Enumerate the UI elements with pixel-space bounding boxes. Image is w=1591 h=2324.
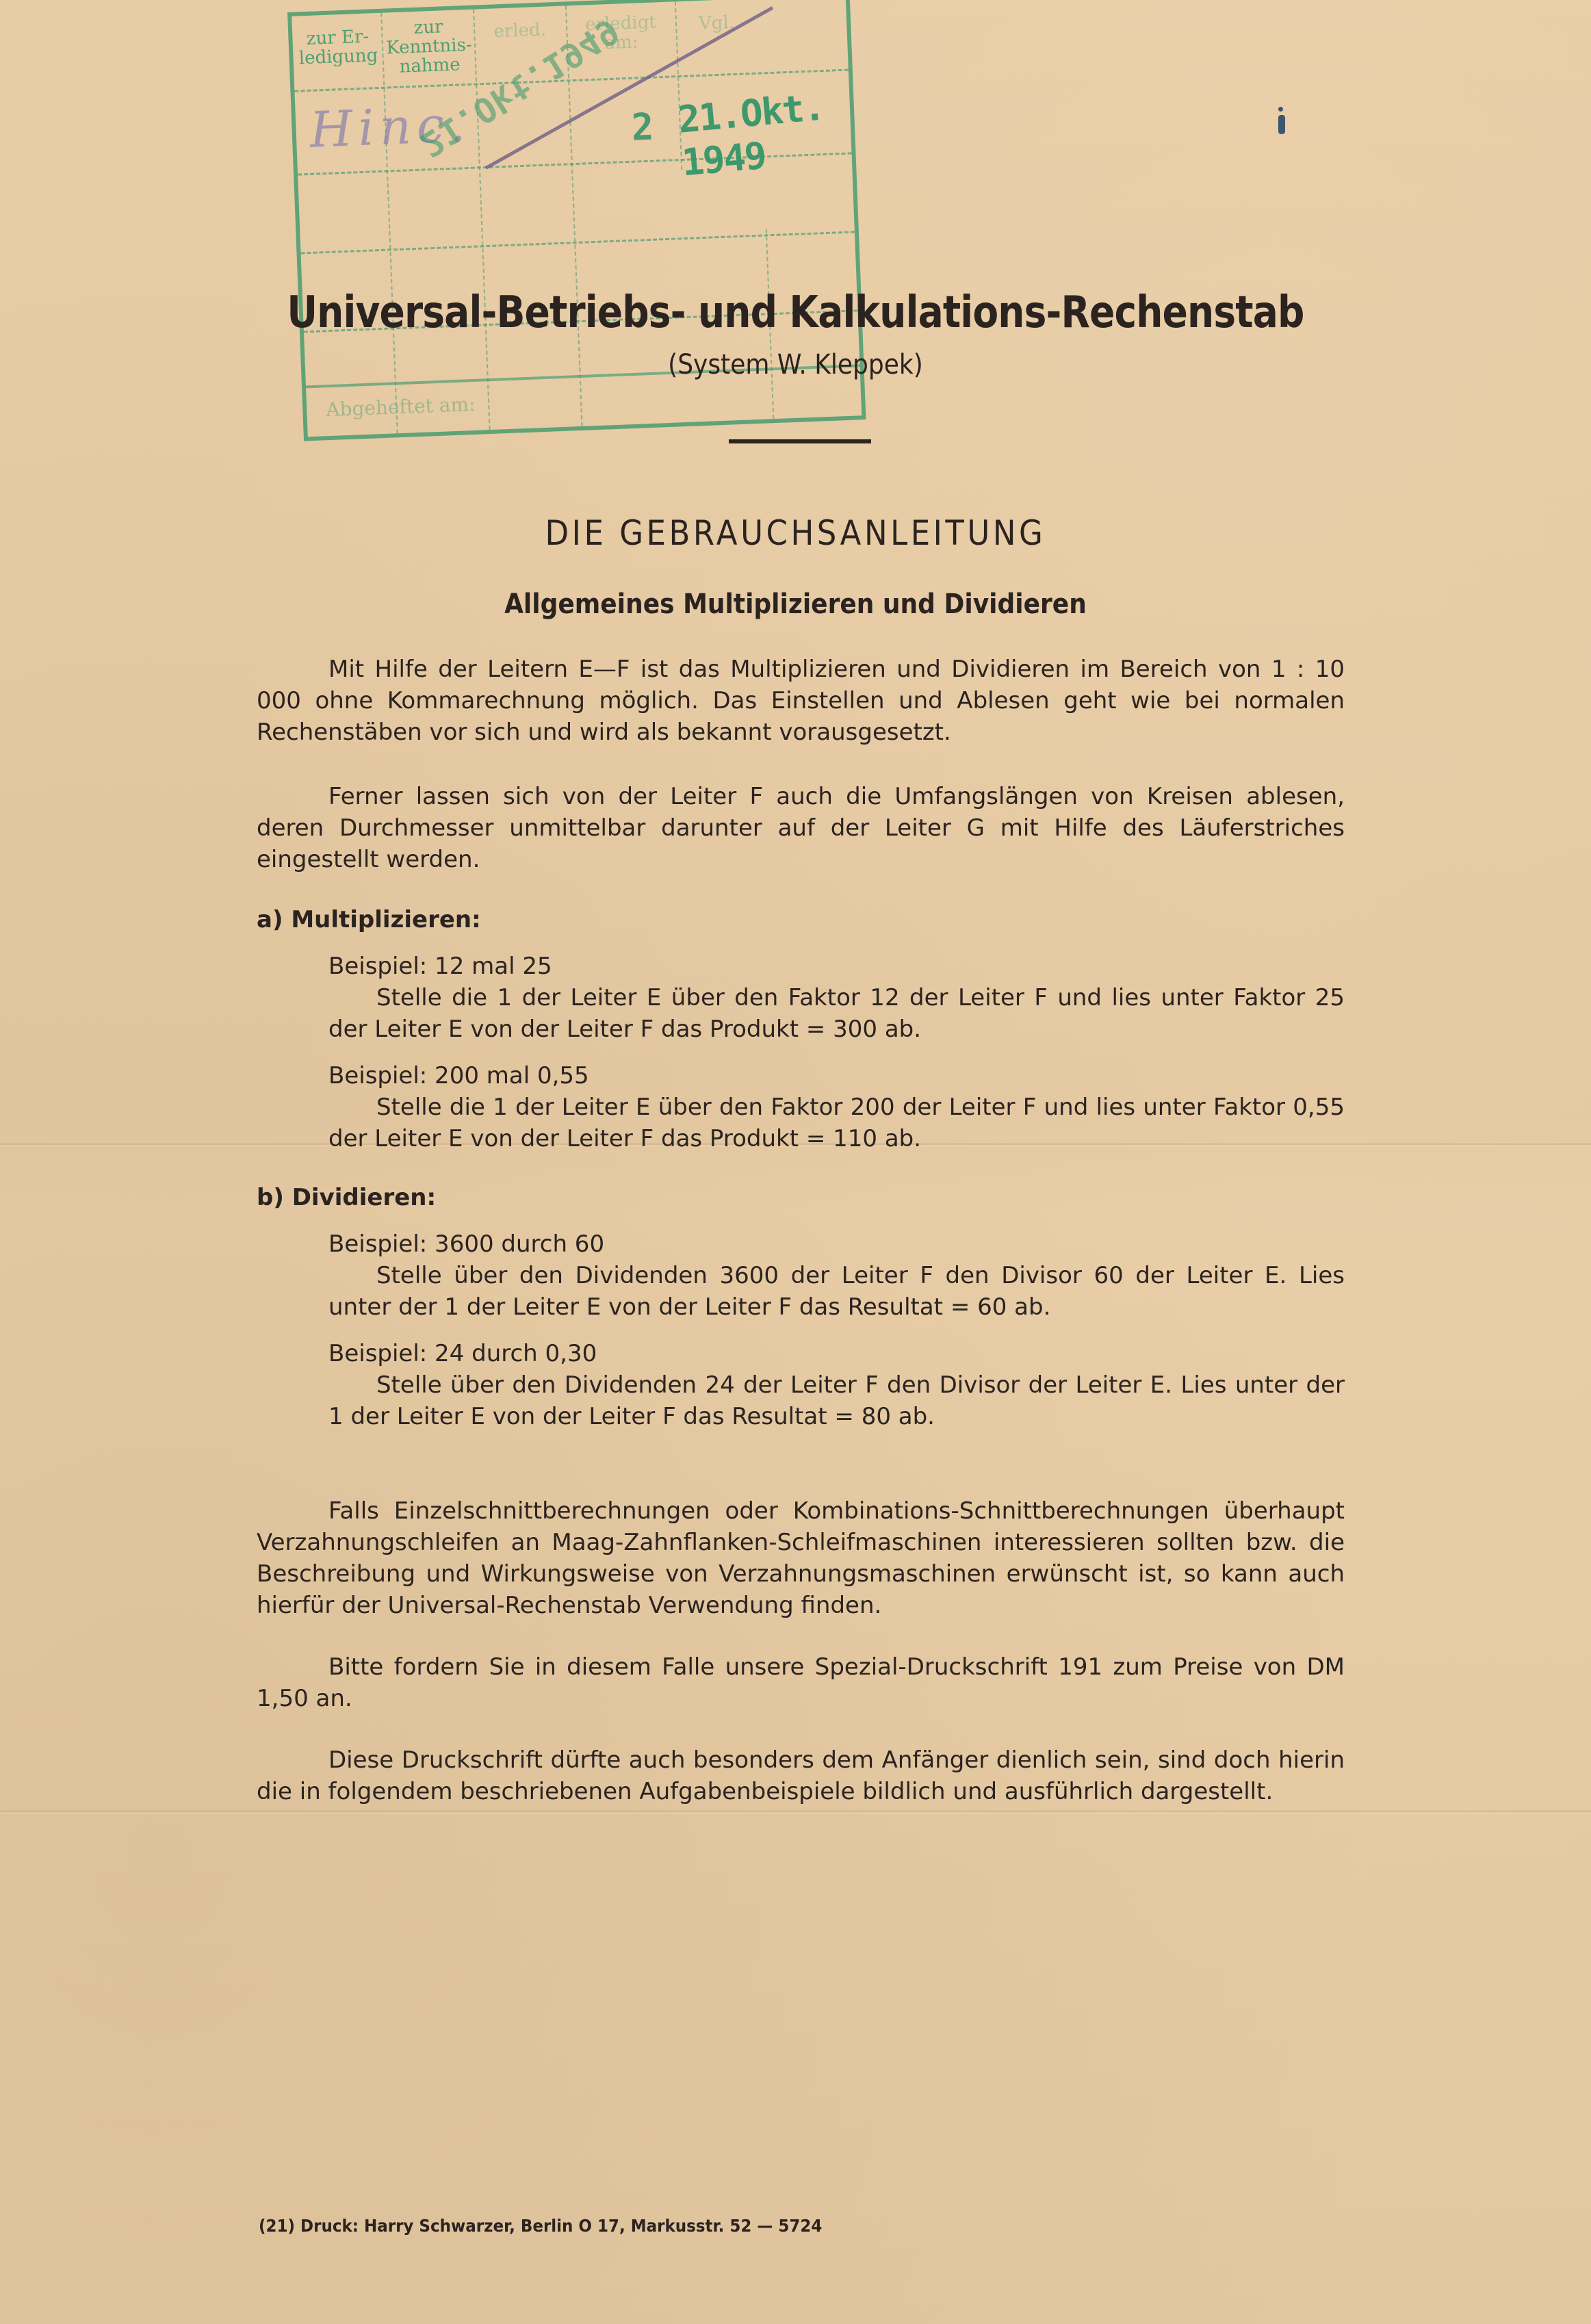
outro-paragraph: Bitte fordern Sie in diesem Falle unsere… (257, 1651, 1345, 1714)
example-text: Stelle die 1 der Leiter E über den Fakto… (328, 982, 1345, 1045)
paper-fold (0, 1810, 1591, 1814)
stamp-date-prefix: 2 (631, 105, 655, 149)
title-rule (729, 439, 871, 443)
stamp-label-erled: erled. (477, 20, 563, 42)
stamp-label-kenntnisnahme: zur Kenntnis-nahme (385, 16, 474, 77)
printer-imprint: (21) Druck: Harry Schwarzer, Berlin O 17… (259, 2216, 822, 2236)
stamp-row-line (300, 231, 855, 254)
example-heading: Beispiel: 12 mal 25 (328, 951, 1345, 982)
document-title: Universal-Betriebs- und Kalkulations-Rec… (112, 287, 1480, 338)
example-heading: Beispiel: 200 mal 0,55 (328, 1060, 1345, 1092)
example-text: Stelle über den Dividenden 24 der Leiter… (328, 1369, 1345, 1432)
ink-speck (1278, 107, 1283, 112)
divide-section-label: b) Dividieren: (257, 1182, 1345, 1213)
example-heading: Beispiel: 24 durch 0,30 (328, 1338, 1345, 1369)
document-subtitle: (System W. Kleppek) (79, 349, 1512, 380)
example-text: Stelle über den Dividenden 3600 der Leit… (328, 1260, 1345, 1323)
ink-mark (1278, 115, 1285, 134)
stamp-date: 21.Okt. 1949 (676, 83, 854, 184)
intro-paragraph: Mit Hilfe der Leitern E—F ist das Multip… (257, 654, 1345, 748)
intro-paragraph: Ferner lassen sich von der Leiter F auch… (257, 781, 1345, 875)
outro-paragraph: Diese Druckschrift dürfte auch besonders… (257, 1744, 1345, 1807)
example-text: Stelle die 1 der Leiter E über den Fakto… (328, 1092, 1345, 1154)
stamp-label-erledigung: zur Er-ledigung (296, 27, 380, 68)
outro-paragraph: Falls Einzelschnittberechnungen oder Kom… (257, 1495, 1345, 1621)
section-heading: DIE GEBRAUCHSANLEITUNG (79, 513, 1512, 553)
example-heading: Beispiel: 3600 durch 60 (328, 1228, 1345, 1260)
document-body: Mit Hilfe der Leitern E—F ist das Multip… (257, 654, 1345, 1807)
section-subheading: Allgemeines Multiplizieren und Dividiere… (79, 589, 1512, 620)
multiply-section-label: a) Multiplizieren: (257, 904, 1345, 935)
stamp-label-abgeheftet: Abgeheftet am: (326, 393, 476, 421)
